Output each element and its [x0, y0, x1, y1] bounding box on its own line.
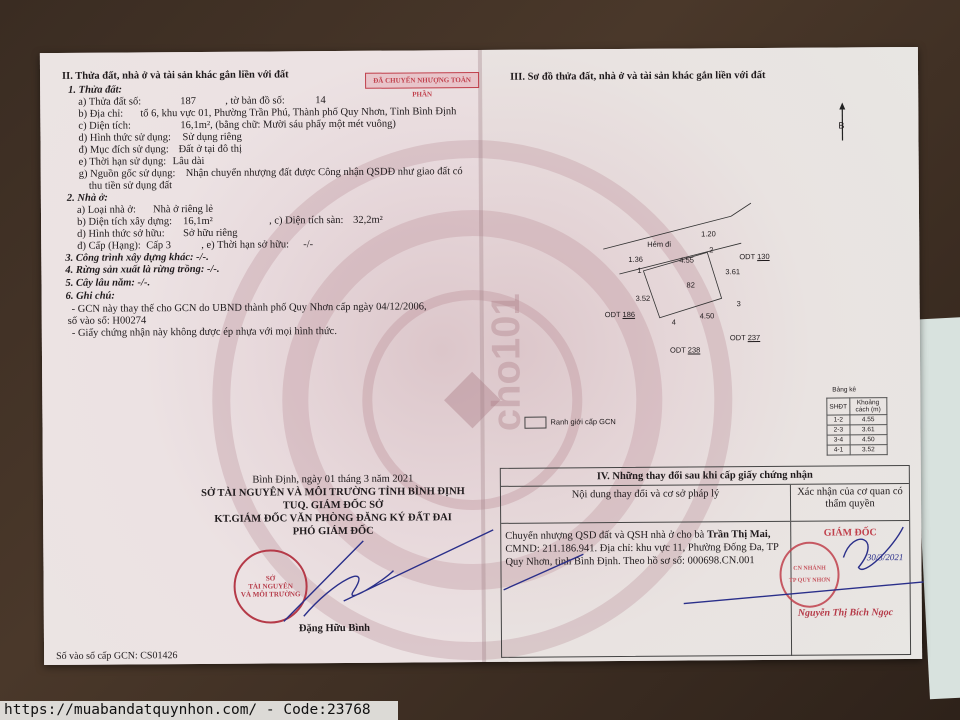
distance-table: SHĐTKhoảng cách (m) 1-24.55 2-33.61 3-44…: [826, 397, 887, 455]
edge-4-1: 3.52: [636, 293, 651, 305]
table-row: 2-33.61: [827, 425, 887, 435]
approver-name: Nguyễn Thị Bích Ngọc: [798, 607, 893, 620]
table-row: 3-44.50: [827, 435, 887, 445]
edge-2-3: 3.61: [725, 266, 740, 278]
neighbor-237: ODT 237: [730, 332, 760, 344]
neighbor-130: ODT 130: [739, 251, 769, 263]
table-row: 4-13.52: [827, 445, 887, 455]
bang-ke-title: Bảng kê: [832, 386, 856, 393]
point-1: 1: [637, 265, 641, 277]
source-footer: https://muabandatquynhon.com/ - Code:237…: [0, 701, 398, 720]
land-certificate: cho101 II. Thửa đất, nhà ở và tài sản kh…: [40, 47, 922, 665]
boundary-legend-swatch: [524, 417, 546, 429]
edge-1-2: 4.55: [679, 255, 694, 267]
signature-2: [463, 467, 924, 610]
boundary-legend-label: Ranh giới cấp GCN: [550, 416, 615, 428]
table-header: Khoảng cách (m): [850, 398, 887, 415]
parcel-number: 82: [686, 280, 694, 292]
point-3: 3: [737, 298, 741, 310]
alley-label: Hẻm đi: [647, 239, 671, 251]
point-4: 4: [672, 317, 676, 329]
point-2: 2: [709, 244, 713, 256]
table-header: SHĐT: [827, 398, 850, 415]
neighbor-238: ODT 238: [670, 344, 700, 356]
table-row: 1-24.55: [827, 415, 887, 425]
alley-width-right: 1.20: [701, 228, 716, 240]
neighbor-186: ODT 186: [605, 309, 635, 321]
edge-3-4: 4.50: [700, 310, 715, 322]
